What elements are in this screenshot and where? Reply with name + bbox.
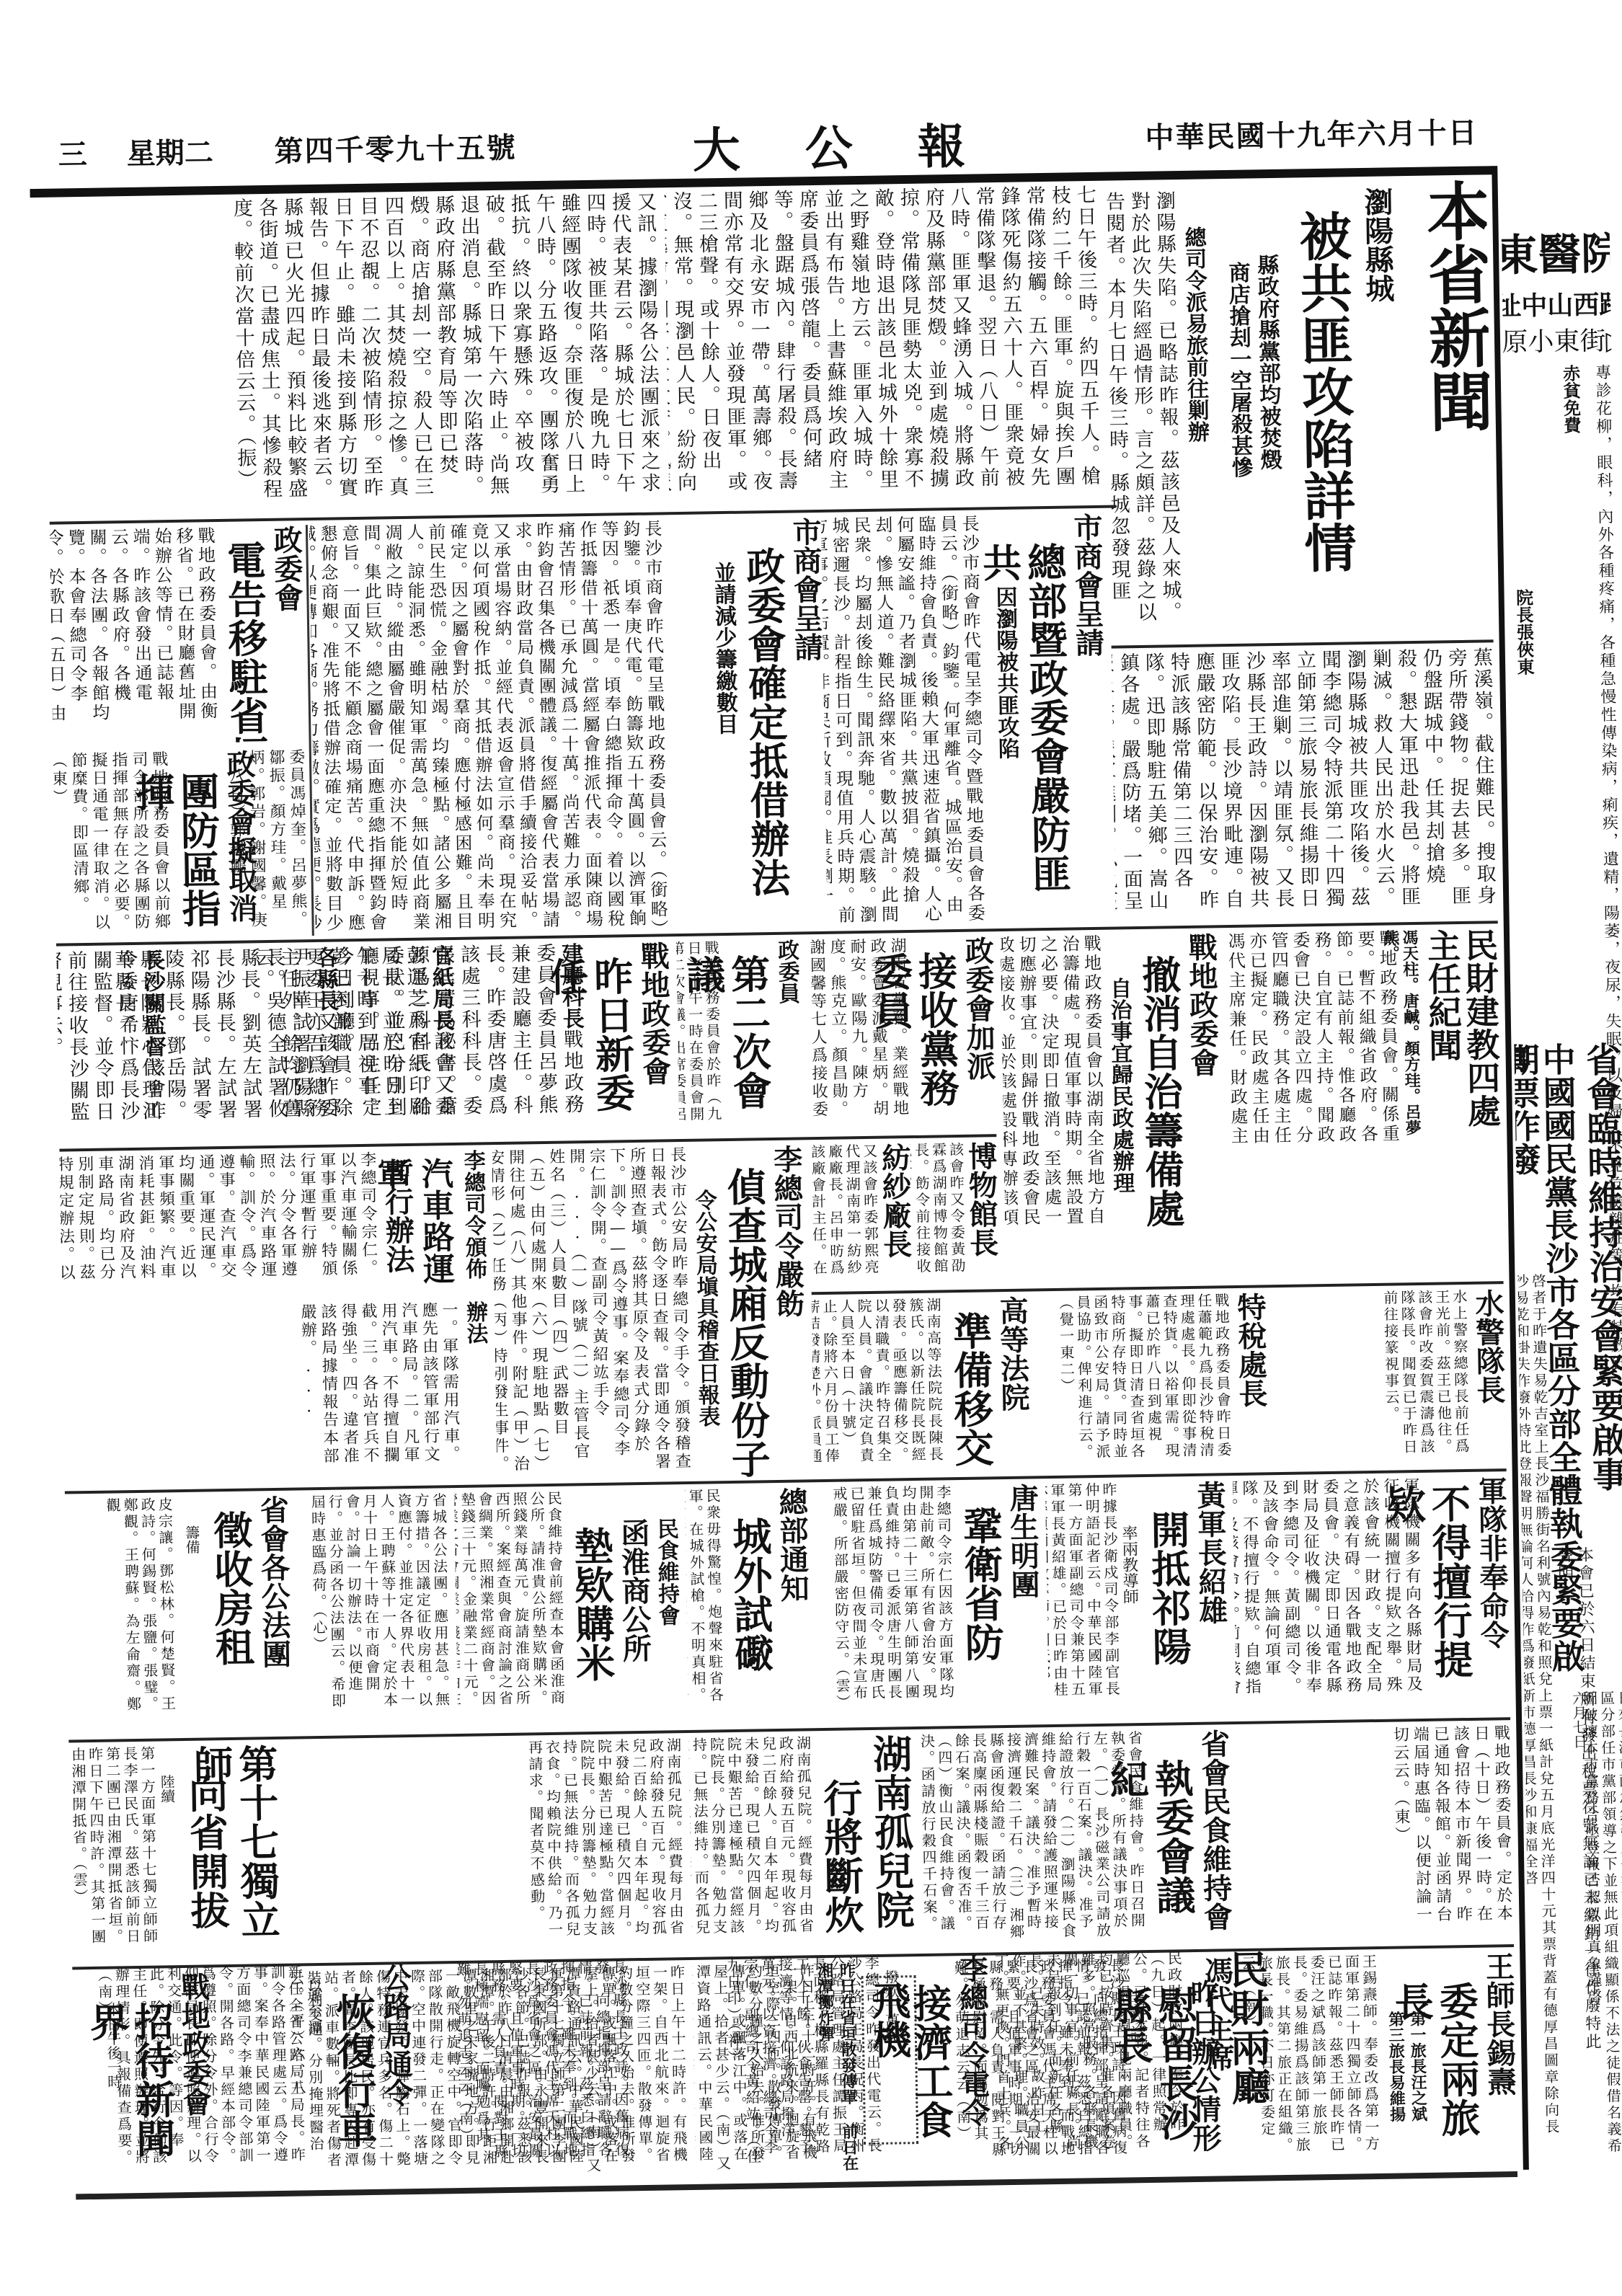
party-receiver-kicker: 政委會加派: [960, 936, 996, 1117]
special-tax-body: 戰地政務委員會昨日委任蕭範九爲長沙特稅清理處處長。仰即從事清查特貨。以裕軍需。現…: [1035, 1293, 1233, 1461]
huang-body: 昨據長沙衛戍司令部李副官長仲明語記者云。中華民國陸軍第一方面軍副總司令兼第十五軍…: [1045, 1482, 1121, 1714]
liuyang-sub2: 商店搶刦一空屠殺甚慘: [1223, 262, 1254, 580]
relief-body-cont: 長沙縣長王政詩。因舊病復發。向總指揮部呈請辭職各情。已誌前報。茲悉白總指揮指令。…: [418, 1959, 631, 2172]
liuyang-more-body: 又訊。據瀏陽各公法團派來之求援代表某君云。縣城於七日下午四時。被匪共陷落。是晚九…: [45, 191, 662, 503]
orphanage-body: 湖南孤兒院。經費每月由省政府給發五百元。現收容孤兒二百餘人。自本年起。均未發給。…: [688, 1735, 815, 1946]
article-special-tax: 特稅處長 戰地政務委員會昨日委任蕭範九爲長沙特稅清理處處長。仰即從事清查特貨。以…: [1035, 1292, 1269, 1468]
investigate-sub: 令公安局塡具稽查日報表: [690, 1189, 720, 1478]
spinning-headline: 紡紗廠長: [877, 1143, 912, 1287]
rice-body: 民食維持會前經查本會函淮商公所。請准貴公所墊欵購米。照錢業每萬元。旋請淮商公所西…: [454, 1491, 566, 1723]
vehicle-kicker: 李總司令頒佈: [459, 1149, 487, 1287]
article-liuyang-continued: 七日午後三時。約四五千人。槍枝約二千餘。匪軍。旋與挨戶團常備隊接觸。五六百桿。婦…: [665, 185, 1102, 508]
article-chamber-loan: 市商會呈請 政委會確定抵借辦法 並請減少籌繳數目: [670, 517, 828, 937]
chamber-loan-body: 長沙市商會昨代電呈戰地政務委員會云。（銜略）鈞鑒。頃奉庚代電。飭籌欵五十萬圓。以…: [309, 519, 669, 936]
article-liuyang-reinforcement: 蕉溪嶺。截住難民。搜取身旁所帶錢物。捉去甚多。匪仍盤踞城中。任其刦搶燒殺。懇大軍…: [1112, 647, 1498, 926]
clinic-director: 院長張俠東: [1510, 588, 1538, 733]
rent-headline: 徵收房租: [208, 1510, 256, 1727]
article-telegram: 政委會 電告移駐省垣辦公 戰地政務委員會。由衡移省。已在財廳舊址開始辦公等情。已…: [50, 525, 306, 745]
article-high-court: 高等法院 準備移交 湖南高等法院院長陳長簇氏。以新任院長既經發表。亟應籌備移交。…: [812, 1296, 1031, 1473]
article-chamber-loan-body: 長沙市商會昨代電呈戰地政務委員會云。（銜略）鈞鑒。頃奉庚代電。飭籌欵五十萬圓。以…: [309, 519, 669, 943]
self-gov-sub: 自治事宜歸民政處辦理: [1105, 977, 1135, 1253]
defense-list: 委員馮焯奎。呂夢熊。鄒振。顏方珪。戴星炳。郭岩。謝國馨。庚（八日）郭鐵鵬: [262, 748, 309, 929]
tang-kicker: 唐生明團: [1005, 1483, 1040, 1628]
military-funds-kicker: 軍隊非奉命令: [1473, 1476, 1510, 1707]
relief-body: 李總司令昨發出代電云。長沙公路局王局長況丙。衡州公路局管理處主任譚振王局長面稱。…: [634, 1955, 883, 2168]
tang-headline: 鞏衛省防: [957, 1505, 1006, 1722]
special-tax-headline: 特稅處長: [1233, 1292, 1269, 1458]
bottom-section: 民財兩廳 昨日辦公情形 民政財政兩廳。奉令於昨（九日）起。一律照常辦公。已誌本報…: [43, 1946, 1452, 2185]
bus-headline: 恢復行車: [331, 1992, 378, 2173]
food-council-body: 省會民食維持會。昨日召開執委常會。所有議決事項於左。（一）長沙磁業公司請放行穀一…: [919, 1730, 1146, 1943]
article-four-directors: 民財建教四處主任紀聞 馮天柱。唐鹹。顏方珪。呂夢熊。 戰地政務委員會。關係重要。…: [1224, 928, 1502, 1163]
liuyang-sub3: 總司令派易旅前往剿辦: [1180, 226, 1212, 601]
liuyang-reinforce-body: 蕉溪嶺。截住難民。搜取身旁所帶錢物。捉去甚多。匪仍盤踞城中。任其刦搶燒殺。懇大軍…: [1112, 647, 1498, 912]
article-defense: 委員馮焯奎。呂夢熊。鄒振。顏方珪。戴星炳。郭岩。謝國馨。庚（八日）郭鐵鵬 政委會…: [53, 748, 309, 939]
liuyang-kicker: 瀏陽縣城: [1360, 187, 1396, 404]
chamber-petition-kicker: 市商會呈請: [1069, 513, 1106, 730]
newspaper-page: 中華民國十九年六月十日 大公報 第四千零九十五號 星期二 三 東醫院 址中山西路…: [29, 108, 1622, 2194]
article-rent: 省會各公法團 徵收房租 籌備 省城各公法團。應用甚急。無方籌措。因議定征收房租。…: [65, 1492, 451, 1736]
article-rice: 民食維持會 函淮商公所 墊欵購米 民食維持會前經查本會函淮商公所。請准貴公所墊欵…: [454, 1489, 681, 1730]
party-receiver-body: 湖南省黨務。業經戰地政委會委派戴星炳。胡耐安。歐陽九。陳方度。熊克立。顏昌勛。謝…: [806, 937, 910, 1126]
bus-body: 新任全省公路局王局長。昨訓令各路管理處云。爲令遵事。案奉中華民國陸軍第一方面總司…: [43, 1964, 306, 2178]
division17-headline: 向省開拔: [183, 1773, 231, 1954]
masthead-date: 中華民國十九年六月十日: [1145, 110, 1479, 156]
orphanage-kicker: 湖南孤兒院: [867, 1734, 916, 1943]
article-meeting: 政委員 第二次會議 戰地政務委員會於昨（九日）下午一時在委員會開第二次會議。出席…: [676, 939, 802, 1135]
water-police-body: 水上警察總隊長前任爲王光前。茲王已他往。該會昨改委賀震濤爲該隊隊長。聞賀已于昨日…: [1273, 1289, 1471, 1458]
huang-byline: 率兩教導師: [1117, 1525, 1142, 1669]
chamber-petition-body: 長沙市商會昨代電呈李總司令暨戰地委員會各委員云。（銜略）鈞鑒。何軍離省。城區治安…: [821, 514, 986, 927]
liuyang-body: 瀏陽縣失陷。已略誌昨報。茲該邑及人來城。對於此次失陷經過情形。言之頗詳。茲錄之以…: [1104, 190, 1183, 624]
relief-sub: 撥欵一萬元: [880, 1969, 903, 2114]
two-depts-headline: 昨日辦公情形: [1186, 1979, 1222, 2160]
vehicle-body: 李總司令宗仁。以汽車運輸關係軍事重要。特頒行軍運暫行辦法。分令各軍遵照。於汽車路…: [60, 1151, 379, 1293]
liuyang-cont-body: 七日午後三時。約四五千人。槍枝約二千餘。匪軍。旋與挨戶團常備隊接觸。五六百桿。婦…: [665, 185, 1102, 494]
article-chamber-petition: 市商會呈請 總部暨政委會嚴防匪共 因瀏陽被共匪攻陷 長沙市商會昨代電呈李總司令暨…: [821, 513, 1109, 935]
article-investigate: 李總司令嚴飭 偵查城廂反動份子 令公安局塡具稽查日報表 長沙市公安局昨奉總司令手…: [492, 1144, 807, 1481]
article-party-receiver: 政委會加派 接收黨務委員 湖南省黨務。業經戰地政委會委派戴星炳。胡耐安。歐陽九。…: [806, 936, 996, 1133]
self-gov-headline: 撤消自治籌備處: [1136, 954, 1186, 1253]
appointment-title: 建廳科長: [557, 942, 584, 1029]
two-depts-body: 民政財政兩廳。奉令於昨（九日）起。一律照常辦公。已誌本報。記者特往各廳巡視一週。…: [995, 1951, 1186, 2163]
high-court-body: 湖南高等法院院長陳長簇氏。以新任院長既經發表。亟應籌備移交。以清職責。昨特召集全…: [812, 1297, 944, 1465]
rent-sub: 籌備: [182, 1525, 204, 1597]
appointment-title: 官紙局長: [427, 944, 454, 1032]
bus-kicker: 公路局通令: [378, 1963, 414, 2151]
meeting-body: 戰地政務委員會於昨（九日）下午一時在委員會開第二次會議。出席委員呂夢熊。戴星炳。…: [676, 940, 722, 1128]
masthead-title: 大公報: [692, 107, 1030, 180]
clinic-address-1: 址中山西路: [1501, 284, 1622, 324]
liuyang-sub1: 縣政府縣黨部均被焚燬: [1252, 254, 1283, 572]
article-orphanage: 湖南孤兒院 行將斷炊 湖南孤兒院。經費每月由省政府給發五百元。現收容孤兒二百餘人…: [688, 1734, 916, 1954]
article-huang: 黃軍長紹雄 開抵祁陽 率兩教導師 昨據長沙衛戍司令部李副官長仲明語記者云。中華民…: [1045, 1480, 1229, 1721]
orphanage-body-cont: 湖南孤兒院。經費每月由省政府給發五百元。現收容孤兒二百餘人。自本年起。均未發給。…: [285, 1737, 684, 1953]
investigate-kicker: 李總司令嚴飭: [768, 1144, 805, 1332]
masthead-issue-number: 第四千零九十五號: [274, 125, 517, 169]
article-food-council: 省會民食維持會 執委會議紀 省會民食維持會。昨日召開執委常會。所有議決事項於左。…: [919, 1729, 1233, 1950]
self-gov-body: 戰地政務委員會以湖南全省地方自治籌備處。現值軍事時期。無設置之必要。決定即日撤消…: [1001, 934, 1107, 1246]
museum-headline: 博物館長: [963, 1141, 998, 1286]
article-test-fire: 總部通知 城外試礮 民衆毋得驚惶。炮聲來駐省各軍。在城外試槍。不明真相。頗滋疑懼…: [685, 1486, 811, 1727]
museum-body: 該會昨又令委黃劭霖爲湖南博物館館長。飭令前往接收視事。: [910, 1142, 966, 1287]
water-police-headline: 水警隊長: [1471, 1288, 1507, 1455]
test-fire-kicker: 總部通知: [774, 1486, 810, 1631]
article-two-depts: 民財兩廳 昨日辦公情形 民政財政兩廳。奉令於昨（九日）起。一律照常辦公。已誌本報…: [995, 1949, 1272, 2163]
two-depts-kicker: 民財兩廳: [1224, 1949, 1272, 2159]
article-bus: 公路局通令 恢復行車 以利交通 新任全省公路局王局長。昨訓令各路管理處云。爲令遵…: [43, 1959, 630, 2178]
masthead-page-number: 三: [58, 132, 87, 174]
article-water-police: 水警隊長 水上警察總隊長前任爲王光前。茲王已他往。該會昨改委賀震濤爲該隊隊長。聞…: [1273, 1288, 1507, 1465]
vehicle-rules-title: 辦法: [461, 1300, 488, 1359]
defense-body: 戰地政務委員會以前鄉司令部所設之各縣團防指揮部無存在之必要。擬日通電一律取消。以…: [53, 750, 172, 932]
four-directors-body: 戰地政務委員會。關係重要。暫不組織省政府。各節。已誌前報。惟各廳政務。自宜有人主…: [1224, 929, 1401, 1156]
test-fire-body: 民衆毋得驚惶。炮聲來駐省各軍。在城外試槍。不明真相。頗滋疑懼。市民不明。前市公安…: [685, 1488, 724, 1719]
notice-kmt-date: 六月七日: [1568, 1690, 1590, 1777]
division17-sub: 陸續: [156, 1774, 179, 1846]
military-funds-body: 軍隊機關多有向各縣財局及征收機關擅行提欵之舉。殊於該會統一財政。支配全局之意義有…: [1233, 1477, 1424, 1711]
rent-body: 省城各公法團。應用甚急。無方籌措。因議定征收房租。以資應付。並推定各界代表十一人…: [296, 1492, 451, 1725]
article-museum: 博物館長 該會昨又令委黃劭霖爲湖南博物館館長。飭令前往接收視事。: [910, 1141, 998, 1287]
chamber-loan-headline: 政委會確定抵借辦法: [740, 546, 791, 922]
appointment-title: 長沙關監督: [139, 949, 166, 1058]
appointment-title: 各縣長: [312, 947, 338, 1012]
vehicle-sub: 暫行辦法: [380, 1158, 415, 1295]
chamber-loan-kicker: 市商會呈請: [788, 517, 825, 734]
article-self-gov: 戰地政委會 撤消自治籌備處 自治事宜歸民政處辦理 戰地政務委員會以湖南全省地方自…: [1001, 932, 1222, 1253]
rice-headline: 函淮商公所: [616, 1518, 653, 1728]
self-gov-kicker: 戰地政委會: [1184, 932, 1220, 1149]
rice-sub: 墊欵購米: [569, 1526, 616, 1729]
investigate-body: 長沙市公安局昨奉總司令手令。頒發稽查日報表式。飭令逐日查報。當即通令各署所遵照查…: [492, 1146, 691, 1473]
chamber-loan-sub: 並請減少籌繳數目: [709, 562, 740, 879]
investigate-headline: 偵查城廂反動份子: [722, 1166, 771, 1481]
wang-kicker: 王師長錫燾: [1481, 1951, 1517, 2161]
article-division17: 第十七獨立師 向省開拔 陸續 第一方面軍第十七獨立師師長李澤民氏。茲悉該師前日第…: [68, 1737, 685, 1963]
article-military-funds: 軍隊非奉命令 不得擅行提欵 軍隊機關多有向各縣財局及征收機關擅行提欵之舉。殊於該…: [1233, 1476, 1510, 1718]
article-tang: 唐生明團 鞏衛省防 李總司令宗仁因該方面軍隊均開赴前敵。所有省會治安。現均由第二…: [815, 1483, 1042, 1724]
appointments-kicker: 戰地政委會: [636, 941, 672, 1122]
article-spinning: 紡紗廠長 又該會昨委郭熙亮代理湖南第一紡紗廠廠長。呂申昉爲該廠會計主任。在呂未到…: [809, 1143, 912, 1288]
clinic-note: 赤貧免費: [1558, 364, 1587, 581]
liuyang-headline: 被共匪攻陷詳情: [1292, 209, 1356, 642]
telegram-body: 戰地政務委員會。由衡移省。已在財廳舊址開始辦公等情。已誌報端。昨該會發出通電云。…: [50, 526, 219, 738]
telegram-kicker: 政委會: [269, 525, 304, 670]
high-court-kicker: 高等法院: [995, 1296, 1030, 1455]
article-press-reception: 戰地政務委員會。定於本日（十日）午後一時。在該會招待本市新聞界。昨已通知各報館。…: [1236, 1724, 1514, 1945]
vehicle-rules: 一。軍隊需用汽車。應先由該管軍部行文汽車路局。二。凡軍用汽車。不得擅自攔截。三。…: [62, 1301, 461, 1481]
relief-headline: 接濟工食: [908, 1983, 955, 2164]
meeting-kicker: 政委員: [773, 939, 801, 1083]
clinic-address-2: 原小東街▷: [1501, 320, 1622, 360]
article-liuyang-headline: 本省新聞 瀏陽縣城 被共匪攻陷詳情 縣政府縣黨部均被焚燬 商店搶刦一空屠殺甚慘 …: [1104, 178, 1494, 645]
rent-kicker: 省會各公法團: [255, 1495, 292, 1712]
bus-sub: 以利交通: [304, 1979, 327, 2123]
rent-meeting-body: 戰地政務委員會。定於本日（十日）午後一時。在該會招待本市新聞界。昨已通知各報館。…: [1236, 1724, 1514, 1938]
article-liuyang-more: 又訊。據瀏陽各公法團派來之求援代表某君云。縣城於七日下午四時。被匪共陷落。是晚九…: [45, 191, 662, 518]
four-directors-headline: 民財建教四處主任紀聞: [1423, 928, 1502, 1153]
defense-kicker: 政委會擬取消: [222, 749, 258, 930]
orphanage-headline: 行將斷炊: [817, 1778, 865, 1951]
article-relief: 李總司令電令 接濟工食 撥欵一萬元 李總司令昨發出代電云。長沙公路局王局長況丙。…: [634, 1954, 991, 2168]
spinning-body: 又該會昨委郭熙亮代理湖南第一紡紗廠廠長。呂申昉爲該廠會計主任。在呂未到以前。以張…: [809, 1143, 879, 1288]
rice-kicker: 民食維持會: [652, 1517, 681, 1662]
article-vehicle: 李總司令頒佈 汽車路運軍 暫行辦法 李總司令宗仁。以汽車運輸關係軍事重要。特頒行…: [60, 1149, 487, 1300]
huang-headline: 開抵祁陽: [1145, 1510, 1193, 1719]
article-new-appointments: 戰地政委會 昨日新委任 建廳科長戰地政務委員會委員呂夢熊兼建設廳主任。科長。昨委…: [56, 941, 672, 1145]
masthead-weekday: 星期二: [126, 130, 213, 172]
section-title: 本省新聞: [1422, 178, 1493, 611]
tang-body: 李總司令宗仁因該方面軍隊均開赴前敵。所有省會治安。現均由第二十三軍第八師第八團負…: [815, 1484, 955, 1717]
division17-body: 第一方面軍第十七獨立師師長李澤民氏。茲悉該師前日第二團已由湘潭開抵省垣。昨日下午…: [68, 1746, 159, 1956]
high-court-headline: 準備移交: [947, 1311, 994, 1470]
huang-kicker: 黃軍長紹雄: [1192, 1480, 1229, 1711]
food-council-kicker: 省會民食維持會: [1196, 1729, 1233, 1938]
rent-members: 皮宗讓。鄧松林。何楚賢。王政詩。何錫賢。張鹽。張璧。鄭觀。王聘蘇。為左侖齋。鄭觀: [65, 1497, 177, 1729]
article-vehicle-rules: 辦法 一。軍隊需用汽車。應先由該管軍部行文汽車路局。二。凡軍用汽車。不得擅自攔截…: [62, 1300, 490, 1487]
appointment-item: 長沙關監督該會昨令委唐希忭爲長沙關監督。並令即日前往接收長沙關監督視事云。: [56, 949, 167, 1138]
test-fire-headline: 城外試礮: [727, 1516, 776, 1726]
telegram-headline: 電告移駐省垣辦公: [221, 540, 272, 745]
relief-kicker: 李總司令電令: [954, 1954, 991, 2135]
chamber-petition-sub: 因瀏陽被共匪攻陷: [991, 586, 1021, 890]
clinic-name: 東醫院: [1501, 219, 1622, 284]
